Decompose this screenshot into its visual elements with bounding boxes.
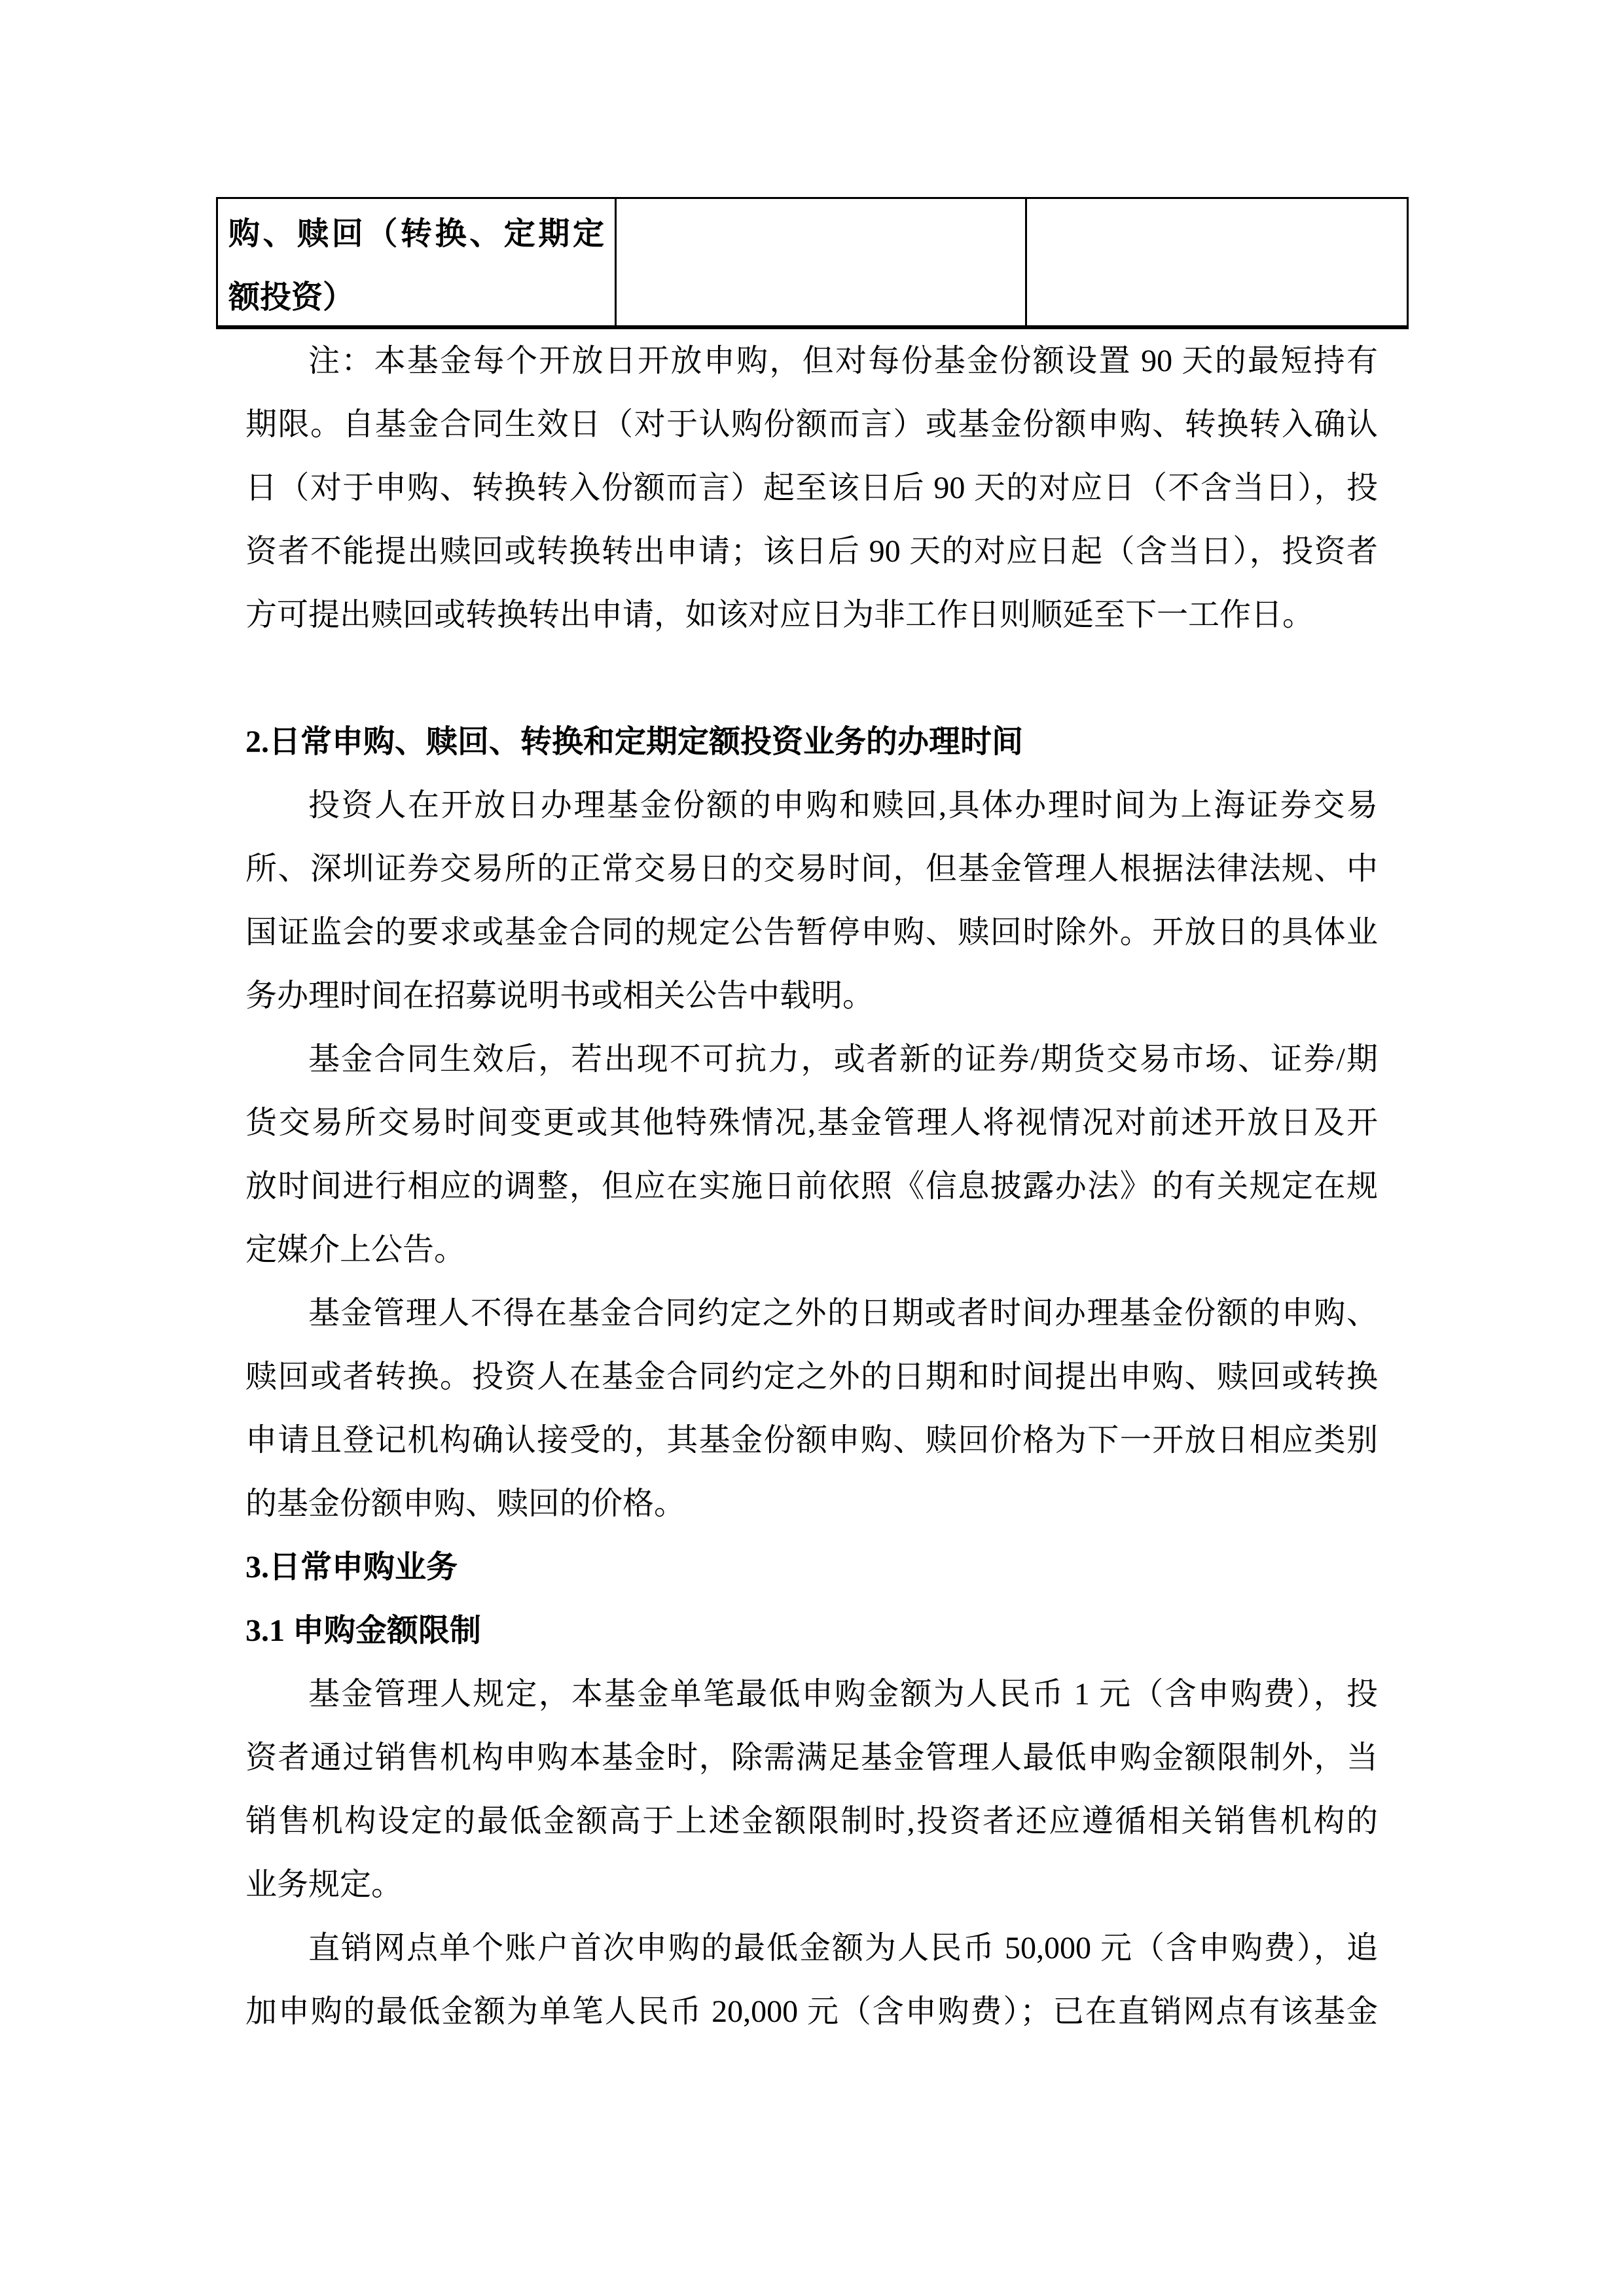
s3-para2-line-2: 加申购的最低金额为单笔人民币 20,000 元（含申购费）；已在直销网点有该基金: [245, 1980, 1378, 2043]
s3-para1-line-4: 业务规定。: [245, 1853, 1378, 1916]
s2-para3-line-4: 的基金份额申购、赎回的价格。: [245, 1472, 1378, 1535]
note-line-3: 日（对于申购、转换转入份额而言）起至该日后 90 天的对应日（不含当日），投: [245, 456, 1378, 520]
s3-para1-line-2: 资者通过销售机构申购本基金时，除需满足基金管理人最低申购金额限制外，当: [245, 1726, 1378, 1789]
table-cell-subscription-redemption: 购、赎回（转换、定期定 额投资）: [216, 199, 615, 325]
s2-para3-line-1: 基金管理人不得在基金合同约定之外的日期或者时间办理基金份额的申购、: [245, 1282, 1378, 1345]
table-cell-empty-3: [1025, 199, 1409, 325]
document-page: { "page": { "width_px": 2481, "height_px…: [0, 0, 1624, 2296]
table-cell-empty-2: [615, 199, 1025, 325]
s2-para1-line-3: 国证监会的要求或基金合同的规定公告暂停申购、赎回时除外。开放日的具体业: [245, 901, 1378, 964]
text-block: 注：本基金每个开放日开放申购，但对每份基金份额设置 90 天的最短持有 期限。自…: [245, 329, 1378, 2043]
note-line-4: 资者不能提出赎回或转换转出申请；该日后 90 天的对应日起（含当日），投资者: [245, 520, 1378, 583]
note-line-5: 方可提出赎回或转换转出申请，如该对应日为非工作日则顺延至下一工作日。: [245, 583, 1378, 647]
s2-para3-line-2: 赎回或者转换。投资人在基金合同约定之外的日期和时间提出申购、赎回或转换: [245, 1345, 1378, 1408]
section3-sub-heading: 3.1 申购金额限制: [245, 1599, 1378, 1662]
s2-para2-line-2: 货交易所交易时间变更或其他特殊情况,基金管理人将视情况对前述开放日及开: [245, 1091, 1378, 1155]
s2-para2-line-1: 基金合同生效后，若出现不可抗力，或者新的证券/期货交易市场、证券/期: [245, 1028, 1378, 1091]
blank-line: [245, 647, 1378, 710]
section2-heading: 2.日常申购、赎回、转换和定期定额投资业务的办理时间: [245, 710, 1378, 774]
s3-para1-line-3: 销售机构设定的最低金额高于上述金额限制时,投资者还应遵循相关销售机构的: [245, 1789, 1378, 1853]
table-cell-line-1: 购、赎回（转换、定期定: [228, 202, 604, 266]
s3-para1-line-1: 基金管理人规定，本基金单笔最低申购金额为人民币 1 元（含申购费），投: [245, 1662, 1378, 1726]
s2-para3-line-3: 申请且登记机构确认接受的，其基金份额申购、赎回价格为下一开放日相应类别: [245, 1408, 1378, 1472]
table-cell-line-2: 额投资）: [228, 266, 604, 325]
section3-heading: 3.日常申购业务: [245, 1535, 1378, 1599]
note-line-2: 期限。自基金合同生效日（对于认购份额而言）或基金份额申购、转换转入确认: [245, 393, 1378, 456]
s2-para2-line-3: 放时间进行相应的调整，但应在实施日前依照《信息披露办法》的有关规定在规: [245, 1155, 1378, 1218]
table-fragment: 购、赎回（转换、定期定 额投资）: [216, 197, 1409, 329]
s2-para1-line-2: 所、深圳证券交易所的正常交易日的交易时间，但基金管理人根据法律法规、中: [245, 837, 1378, 901]
s2-para1-line-1: 投资人在开放日办理基金份额的申购和赎回,具体办理时间为上海证券交易: [245, 774, 1378, 837]
s2-para2-line-4: 定媒介上公告。: [245, 1218, 1378, 1282]
note-line-1: 注：本基金每个开放日开放申购，但对每份基金份额设置 90 天的最短持有: [245, 329, 1378, 393]
s3-para2-line-1: 直销网点单个账户首次申购的最低金额为人民币 50,000 元（含申购费），追: [245, 1916, 1378, 1980]
s2-para1-line-4: 务办理时间在招募说明书或相关公告中载明。: [245, 964, 1378, 1028]
